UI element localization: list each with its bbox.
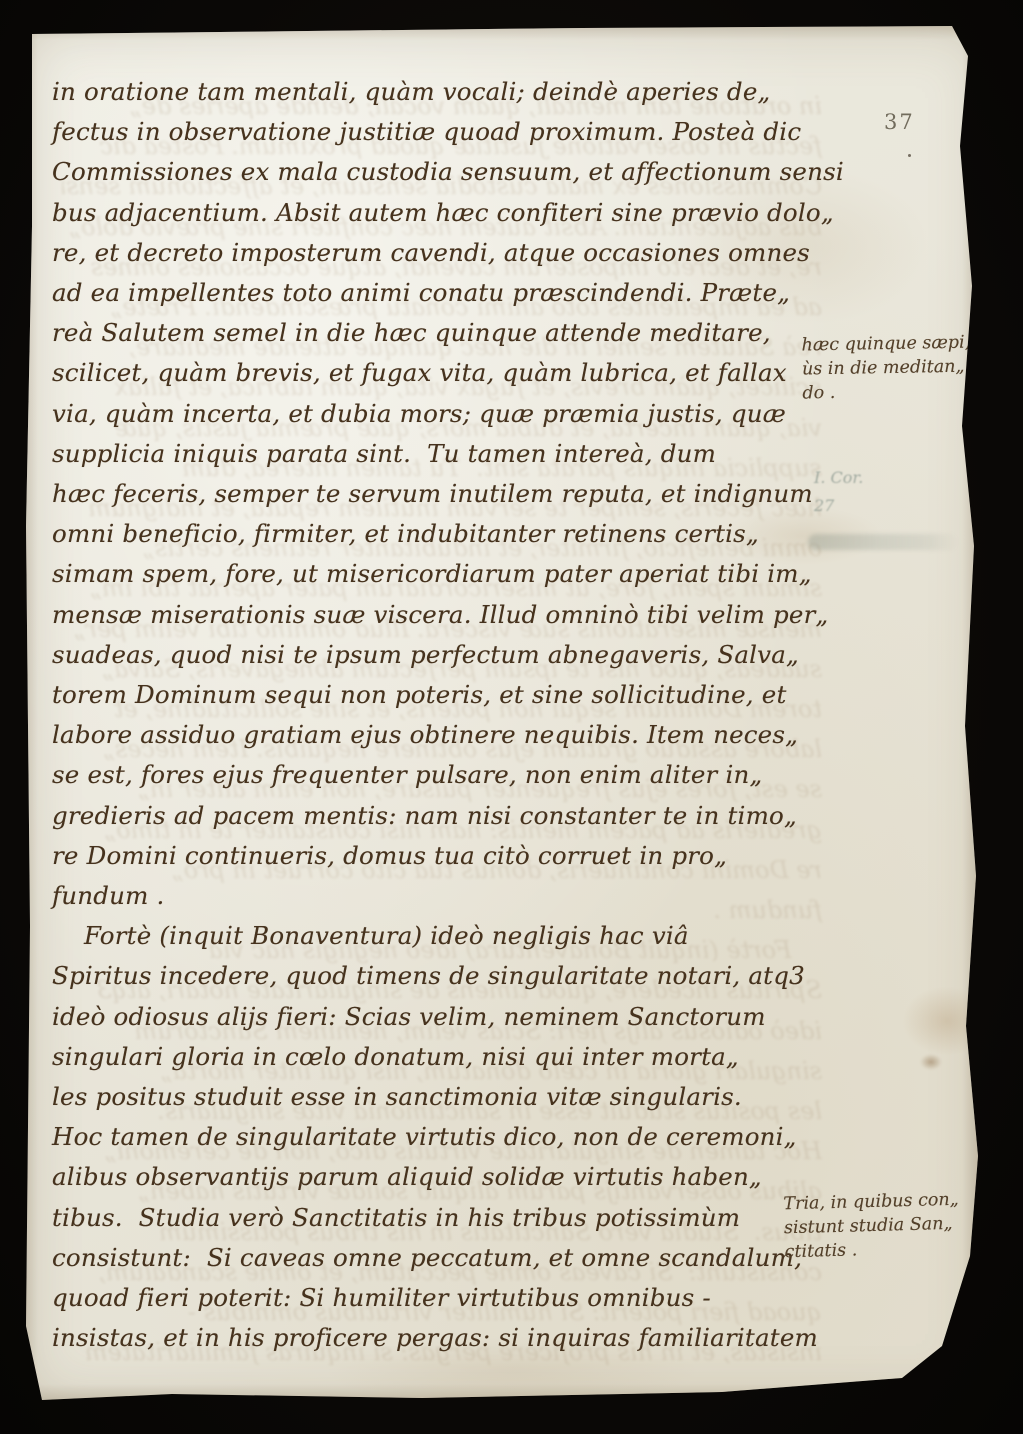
faint-note-line: I. Cor. (814, 464, 863, 492)
manuscript-text-line: fundum . (52, 876, 794, 916)
margin-note-line: do . (802, 378, 975, 405)
photo-background: in oratione tam mentali, quàm vocali; de… (0, 0, 1023, 1434)
manuscript-text-line: consistunt: Si caveas omne peccatum, et … (52, 1238, 794, 1278)
manuscript-text-line: suadeas, quod nisi te ipsum perfectum ab… (52, 635, 794, 675)
manuscript-text-line: via, quàm incerta, et dubia mors; quæ pr… (52, 394, 794, 434)
manuscript-text-line: insistas, et in his proficere pergas: si… (52, 1318, 794, 1358)
manuscript-text-line: alibus observantijs parum aliquid solidæ… (52, 1157, 794, 1197)
manuscript-text-line: Fortè (inquit Bonaventura) ideò negligis… (52, 916, 794, 956)
manuscript-text-line: hæc feceris, semper te servum inutilem r… (52, 474, 794, 514)
main-text-block: in oratione tam mentali, quàm vocali; de… (52, 72, 794, 1359)
paper-stain (902, 986, 992, 1056)
manuscript-text-line: se est, fores ejus frequenter pulsare, n… (52, 755, 794, 795)
manuscript-text-line: tibus. Studia verò Sanctitatis in his tr… (52, 1198, 794, 1238)
margin-note-tria: Tria, in quibus con„sistunt studia San„c… (783, 1188, 960, 1265)
manuscript-text-line: simam spem, fore, ut misericordiarum pat… (52, 554, 794, 594)
manuscript-text-line: omni beneficio, firmiter, et indubitante… (52, 514, 794, 554)
manuscript-text-line: supplicia iniquis parata sint. Tu tamen … (52, 434, 794, 474)
manuscript-text-line: singulari gloria in cœlo donatum, nisi q… (52, 1037, 794, 1077)
manuscript-text-line: labore assiduo gratiam ejus obtinere neq… (52, 715, 794, 755)
margin-note-line: sistunt studia San„ (784, 1212, 960, 1241)
page-number-dot (908, 154, 911, 157)
manuscript-text-line: Commissiones ex mala custodia sensuum, e… (52, 152, 794, 192)
manuscript-text-line: mensæ miserationis suæ viscera. Illud om… (52, 595, 794, 635)
margin-note-line: ùs in die meditan„ (802, 354, 975, 381)
faint-margin-note: I. Cor.27 (814, 464, 863, 520)
manuscript-text-line: ideò odiosus alijs fieri: Scias velim, n… (52, 997, 794, 1037)
faint-ink-smudge (808, 534, 958, 550)
manuscript-text-line: scilicet, quàm brevis, et fugax vita, qu… (52, 353, 794, 393)
manuscript-text-line: Spiritus incedere, quod timens de singul… (52, 956, 794, 996)
margin-note-line: ctitatis . (784, 1236, 960, 1265)
manuscript-text-line: fectus in observatione justitiæ quoad pr… (52, 112, 794, 152)
margin-note-line: hæc quinque sæpi„ (801, 331, 974, 358)
manuscript-text-line: reà Salutem semel in die hæc quinque att… (52, 313, 794, 353)
manuscript-text-line: bus adjacentium. Absit autem hæc confite… (52, 193, 794, 233)
manuscript-text-line: re, et decreto imposterum cavendi, atque… (52, 233, 794, 273)
manuscript-page: in oratione tam mentali, quàm vocali; de… (22, 26, 988, 1406)
manuscript-text-line: quoad fieri poterit: Si humiliter virtut… (52, 1278, 794, 1318)
margin-note-meditation: hæc quinque sæpi„ùs in die meditan„do . (801, 331, 974, 406)
manuscript-text-line: in oratione tam mentali, quàm vocali; de… (52, 72, 794, 112)
faint-note-line: 27 (814, 492, 863, 520)
manuscript-text-line: gredieris ad pacem mentis: nam nisi cons… (52, 796, 794, 836)
page-number: 37 (884, 110, 915, 134)
manuscript-text-line: ad ea impellentes toto animi conatu præs… (52, 273, 794, 313)
manuscript-text-line: re Domini continueris, domus tua citò co… (52, 836, 794, 876)
manuscript-text-line: les positus studuit esse in sanctimonia … (52, 1077, 794, 1117)
manuscript-text-line: torem Dominum sequi non poteris, et sine… (52, 675, 794, 715)
paper-stain (920, 1054, 942, 1070)
manuscript-text-line: Hoc tamen de singularitate virtutis dico… (52, 1117, 794, 1157)
